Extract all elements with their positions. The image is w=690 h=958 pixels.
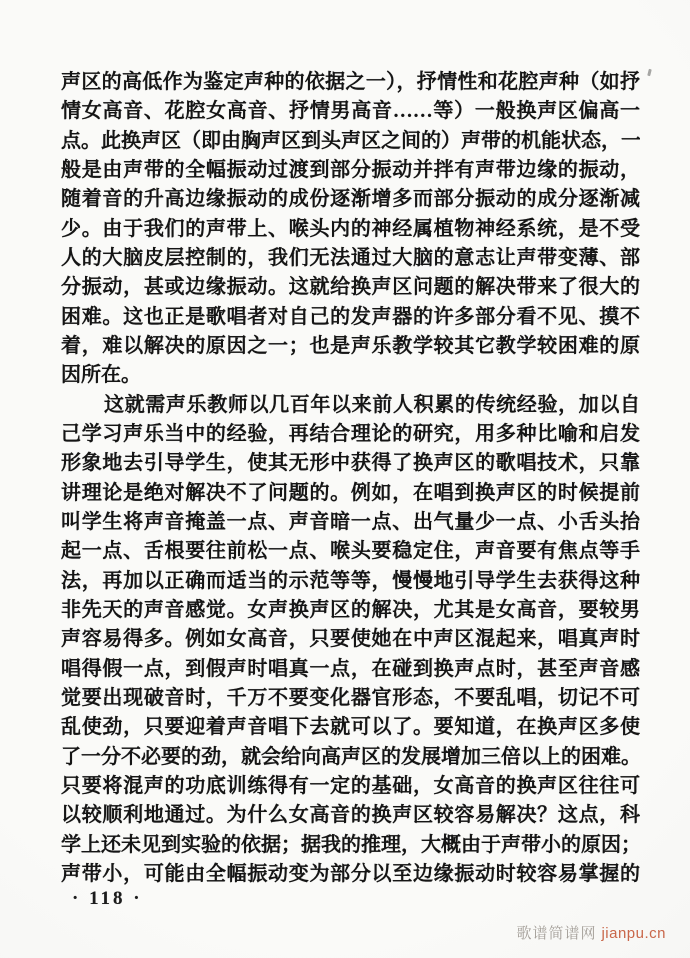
text-line: 以较顺利地通过。为什么女高音的换声区较容易解决？这点，科 xyxy=(61,801,640,830)
scan-artifact xyxy=(647,69,652,77)
text-line: 因所在。 xyxy=(61,361,640,390)
watermark-site-name: 歌谱简谱网 xyxy=(516,925,596,942)
text-line: 声容易得多。例如女高音，只要使她在中声区混起来，唱真声时 xyxy=(61,625,640,654)
text-line: 只要将混声的功底训练得有一定的基础，女高音的换声区往往可 xyxy=(61,772,640,801)
text-line: 困难。这也正是歌唱者对自己的发声器的许多部分看不见、摸不 xyxy=(61,303,640,332)
text-line: 觉要出现破音时，千万不要变化器官形态，不要乱唱，切记不可 xyxy=(61,684,640,713)
watermark-url: jianpu.cn xyxy=(601,925,666,942)
text-line: 声区的高低作为鉴定声种的依据之一），抒情性和花腔声种（如抒 xyxy=(61,68,640,97)
text-line: 般是由声带的全幅振动过渡到部分振动并拌有声带边缘的振动， xyxy=(61,156,640,185)
text-line: 学上还未见到实验的依据；据我的推理，大概由于声带小的原因； xyxy=(61,831,640,860)
watermark: 歌谱简谱网jianpu.cn xyxy=(516,922,666,943)
text-line: 非先天的声音感觉。女声换声区的解决，尤其是女高音，要较男 xyxy=(61,596,640,625)
text-line: 分振动，甚或边缘振动。这就给换声区问题的解决带来了很大的 xyxy=(61,273,640,302)
paragraph-2: 这就需声乐教师以几百年以来前人积累的传统经验，加以自 己学习声乐当中的经验，再结… xyxy=(61,391,640,890)
text-line: 人的大脑皮层控制的，我们无法通过大脑的意志让声带变薄、部 xyxy=(61,244,640,273)
text-line: 己学习声乐当中的经验，再结合理论的研究，用多种比喻和启发 xyxy=(61,420,640,449)
text-line: 随着音的升高边缘振动的成份逐渐增多而部分振动的成分逐渐减 xyxy=(61,185,640,214)
paragraph-1: 声区的高低作为鉴定声种的依据之一），抒情性和花腔声种（如抒 情女高音、花腔女高音… xyxy=(61,68,640,391)
text-line: 起一点、舌根要往前松一点、喉头要稳定住，声音要有焦点等手 xyxy=(61,537,640,566)
text-line: 着，难以解决的原因之一；也是声乐教学较其它教学较困难的原 xyxy=(61,332,640,361)
text-line: 唱得假一点，到假声时唱真一点，在碰到换声点时，甚至声音感 xyxy=(61,655,640,684)
text-line: 了一分不必要的劲，就会给向高声区的发展增加三倍以上的困难。 xyxy=(61,743,640,772)
text-line: 叫学生将声音掩盖一点、声音暗一点、出气量少一点、小舌头抬 xyxy=(61,508,640,537)
text-line: 点。此换声区（即由胸声区到头声区之间的）声带的机能状态，一 xyxy=(61,127,640,156)
text-line: 乱使劲，只要迎着声音唱下去就可以了。要知道，在换声区多使 xyxy=(61,713,640,742)
body-text: 声区的高低作为鉴定声种的依据之一），抒情性和花腔声种（如抒 情女高音、花腔女高音… xyxy=(61,68,640,889)
text-line: 情女高音、花腔女高音、抒情男高音……等）一般换声区偏高一 xyxy=(61,97,640,126)
text-line: 少。由于我们的声带上、喉头内的神经属植物神经系统，是不受 xyxy=(61,215,640,244)
text-line: 形象地去引导学生，使其无形中获得了换声区的歌唱技术，只靠 xyxy=(61,449,640,478)
book-page: 声区的高低作为鉴定声种的依据之一），抒情性和花腔声种（如抒 情女高音、花腔女高音… xyxy=(0,0,690,958)
text-line: 讲理论是绝对解决不了问题的。例如，在唱到换声区的时候提前 xyxy=(61,479,640,508)
text-line: 法，再加以正确而适当的示范等等，慢慢地引导学生去获得这种 xyxy=(61,567,640,596)
text-line: 这就需声乐教师以几百年以来前人积累的传统经验，加以自 xyxy=(61,391,640,420)
text-line: 声带小，可能由全幅振动变为部分以至边缘振动时较容易掌握的 xyxy=(61,860,640,889)
page-number: · 118 · xyxy=(72,888,143,910)
